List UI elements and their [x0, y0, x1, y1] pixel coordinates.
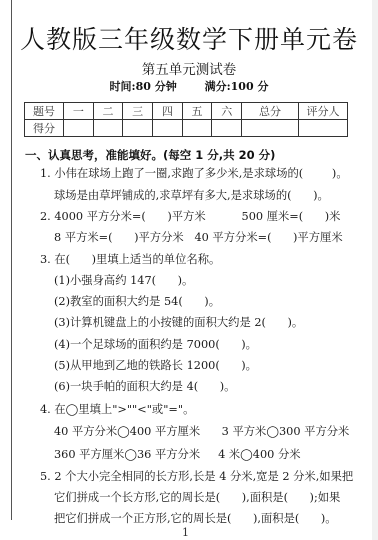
score-cell[interactable]: [93, 120, 123, 137]
header-cell: 二: [93, 103, 123, 120]
question-5: 5. 2 个大小完全相同的长方形,长是 4 分米,宽是 2 分米,如果把: [40, 468, 353, 484]
header-cell: 题号: [25, 103, 64, 120]
score-cell[interactable]: [182, 120, 212, 137]
question-5-cont-1: 它们拼成一个长方形,它的周长是( ),面积是( );如果: [54, 489, 340, 505]
row-label: 得分: [25, 120, 64, 137]
score-cell[interactable]: [212, 120, 242, 137]
header-cell: 六: [212, 103, 242, 120]
question-4: 4. 在◯里填上">""<"或"="。: [40, 401, 194, 417]
score-table-header-row: 题号 一 二 三 四 五 六 总分 评分人: [25, 103, 348, 120]
page-number: 1: [182, 526, 189, 539]
full-score: 满分:100 分: [205, 80, 269, 93]
score-table-score-row: 得分: [25, 120, 348, 137]
question-3-item-6: (6)一块手帕的面积大约是 4( )。: [54, 378, 235, 394]
question-4-row-1: 40 平方分米◯400 平方厘米 3 平方米◯300 平方分米: [54, 423, 349, 439]
question-3-item-4: (4)一个足球场的面积约是 7000( )。: [54, 336, 257, 352]
question-3: 3. 在( )里填上适当的单位名称。: [40, 251, 220, 267]
question-2: 2. 4000 平方分米=( )平方米 500 厘米=( )米: [40, 208, 340, 224]
question-4-row-2: 360 平方厘米◯36 平方分米 4 米◯400 分米: [54, 446, 301, 462]
question-3-item-2: (2)教室的面积大约是 54( )。: [54, 293, 220, 309]
score-cell[interactable]: [299, 120, 348, 137]
header-cell: 三: [123, 103, 153, 120]
header-cell: 四: [153, 103, 183, 120]
score-table: 题号 一 二 三 四 五 六 总分 评分人 得分: [24, 102, 348, 137]
time-limit: 时间:80 分钟: [110, 80, 177, 93]
score-cell[interactable]: [153, 120, 183, 137]
score-cell[interactable]: [242, 120, 299, 137]
header-cell: 一: [64, 103, 94, 120]
section-heading: 一、认真思考，准能填好。(每空 1 分,共 20 分): [25, 147, 275, 163]
question-3-item-1: (1)小强身高约 147( )。: [54, 272, 193, 288]
question-1: 1. 小伟在球场上跑了一圈,求跑了多少米,是求球场的( )。: [40, 165, 348, 181]
exam-title: 人教版三年级数学下册单元卷: [0, 20, 378, 56]
question-5-cont-2: 把它们拼成一个正方形,它的周长是( ),面积是( )。: [54, 510, 337, 526]
question-3-item-5: (5)从甲地到乙地的铁路长 1200( )。: [54, 357, 257, 373]
header-cell: 五: [182, 103, 212, 120]
question-2-cont: 8 平方米=( )平方分米 40 平方分米=( )平方厘米: [54, 229, 343, 245]
question-1-cont: 球场是由草坪铺成的,求草坪有多大,是求球场的( )。: [54, 187, 329, 203]
question-3-item-3: (3)计算机键盘上的小按键的面积大约是 2( )。: [54, 314, 303, 330]
header-cell: 评分人: [299, 103, 348, 120]
score-cell[interactable]: [123, 120, 153, 137]
exam-subtitle: 第五单元测试卷: [0, 58, 378, 78]
header-cell: 总分: [242, 103, 299, 120]
exam-meta: 时间:80 分钟 满分:100 分: [0, 78, 378, 94]
score-cell[interactable]: [64, 120, 94, 137]
